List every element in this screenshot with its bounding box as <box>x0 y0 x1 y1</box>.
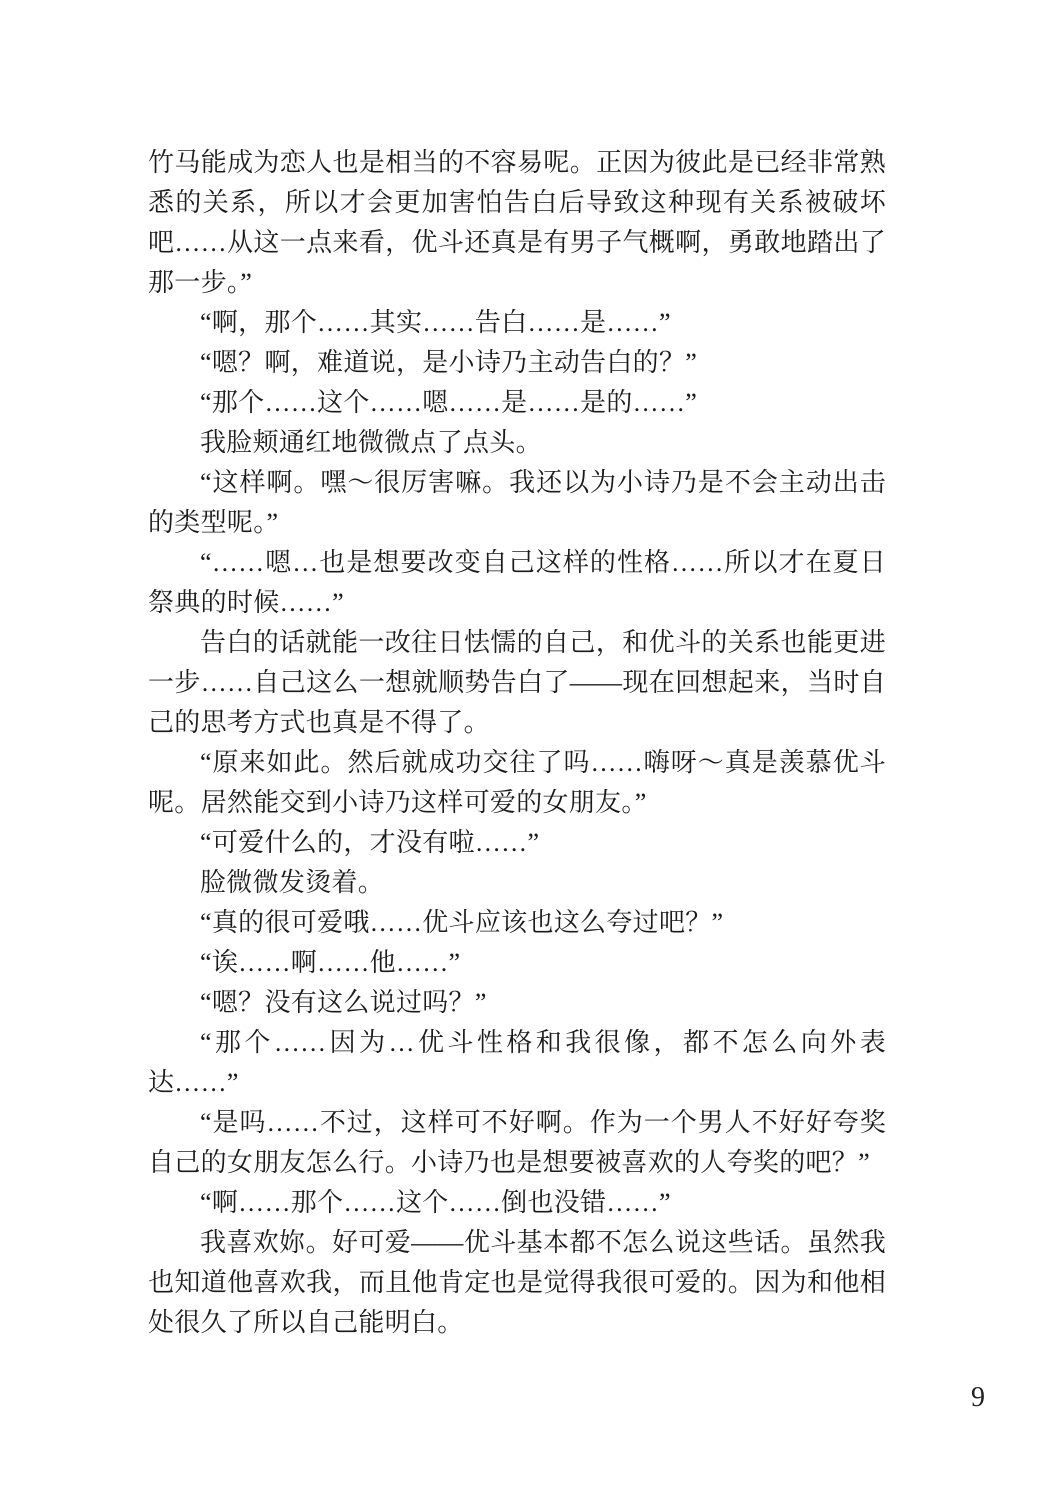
paragraph: “原来如此。然后就成功交往了吗……嗨呀～真是羡慕优斗呢。居然能交到小诗乃这样可爱… <box>148 743 886 823</box>
paragraph: “嗯？啊，难道说，是小诗乃主动告白的？” <box>148 343 886 383</box>
paragraph: “……嗯…也是想要改变自己这样的性格……所以才在夏日祭典的时候……” <box>148 543 886 623</box>
paragraph: “嗯？没有这么说过吗？” <box>148 983 886 1023</box>
paragraph: “那个……因为…优斗性格和我很像，都不怎么向外表达……” <box>148 1023 886 1103</box>
paragraph: “诶……啊……他……” <box>148 943 886 983</box>
paragraph: “这样啊。嘿～很厉害嘛。我还以为小诗乃是不会主动出击的类型呢。” <box>148 463 886 543</box>
paragraph: “啊……那个……这个……倒也没错……” <box>148 1183 886 1223</box>
paragraph: 竹马能成为恋人也是相当的不容易呢。正因为彼此是已经非常熟悉的关系，所以才会更加害… <box>148 143 886 303</box>
paragraph: “真的很可爱哦……优斗应该也这么夸过吧？” <box>148 903 886 943</box>
paragraph: “是吗……不过，这样可不好啊。作为一个男人不好好夸奖自己的女朋友怎么行。小诗乃也… <box>148 1103 886 1183</box>
paragraph: 告白的话就能一改往日怯懦的自己，和优斗的关系也能更进一步……自己这么一想就顺势告… <box>148 623 886 743</box>
paragraph: 我脸颊通红地微微点了点头。 <box>148 423 886 463</box>
paragraph: “可爱什么的，才没有啦……” <box>148 823 886 863</box>
paragraph: “那个……这个……嗯……是……是的……” <box>148 383 886 423</box>
paragraph: 我喜欢妳。好可爱——优斗基本都不怎么说这些话。虽然我也知道他喜欢我，而且他肯定也… <box>148 1223 886 1343</box>
body-text: 竹马能成为恋人也是相当的不容易呢。正因为彼此是已经非常熟悉的关系，所以才会更加害… <box>148 143 886 1343</box>
paragraph: “啊，那个……其实……告白……是……” <box>148 303 886 343</box>
page-number: 9 <box>948 1382 1008 1414</box>
paragraph: 脸微微发烫着。 <box>148 863 886 903</box>
book-page: 竹马能成为恋人也是相当的不容易呢。正因为彼此是已经非常熟悉的关系，所以才会更加害… <box>0 0 1062 1500</box>
